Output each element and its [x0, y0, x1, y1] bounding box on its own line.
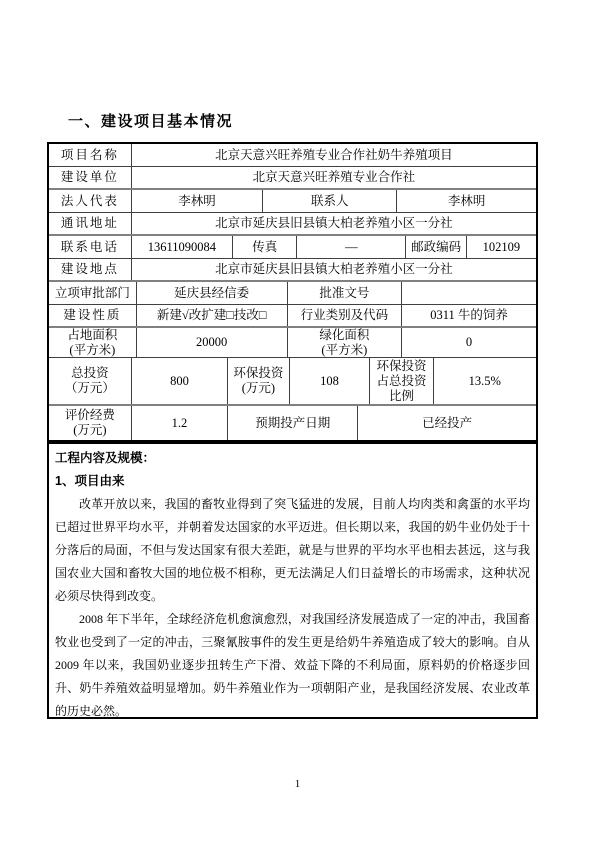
- field-value: 北京市延庆县旧县镇大柏老养殖小区一分社: [132, 213, 536, 234]
- field-label: 占地面积 (平方米): [49, 328, 137, 357]
- content-section-title: 工程内容及规模：: [55, 447, 530, 470]
- field-label: 传真: [233, 236, 297, 258]
- table-row-phone: 联系电话 13611090084 传真 — 邮政编码 102109: [49, 236, 536, 259]
- content-subsection-title: 1、项目由来: [55, 470, 530, 493]
- field-value: 北京天意兴旺养殖专业合作社: [132, 167, 536, 188]
- field-label: 联系电话: [49, 236, 132, 258]
- paragraph: 2008 年下半年，全球经济危机愈演愈烈，对我国经济发展造成了一定的冲击，我国畜…: [55, 608, 530, 719]
- field-value: 800: [132, 358, 228, 404]
- project-basic-info-table: 项目名称 北京天意兴旺养殖专业合作社奶牛养殖项目 建设单位 北京天意兴旺养殖专业…: [47, 142, 538, 442]
- field-value: 20000: [137, 328, 288, 357]
- document-page: { "page": { "title": "一、建设项目基本情况", "page…: [0, 0, 595, 842]
- table-row-approval-dept: 立项审批部门 延庆县经信委 批准文号: [49, 282, 536, 305]
- table-row-eval-fee: 评价经费 (万元) 1.2 预期投产日期 已经投产: [49, 406, 536, 440]
- field-value: 13.5%: [434, 358, 536, 404]
- field-value: 108: [290, 358, 371, 404]
- field-label: 项目名称: [49, 144, 132, 166]
- table-row-construction-unit: 建设单位 北京天意兴旺养殖专业合作社: [49, 167, 536, 190]
- field-label: 建设地点: [49, 259, 132, 280]
- table-row-project-name: 项目名称 北京天意兴旺养殖专业合作社奶牛养殖项目: [49, 144, 536, 167]
- field-label: 预期投产日期: [228, 406, 358, 440]
- field-label: 评价经费 (万元): [49, 406, 132, 440]
- field-value: 102109: [467, 236, 536, 258]
- field-label: 邮政编码: [406, 236, 466, 258]
- table-row-legal-rep: 法人代表 李林明 联系人 李林明: [49, 190, 536, 213]
- page-number: 1: [0, 778, 595, 790]
- field-label: 建设单位: [49, 167, 132, 188]
- field-value: 李林明: [132, 190, 263, 212]
- field-label: 总投资 （万元）: [49, 358, 132, 404]
- section-heading: 一、建设项目基本情况: [68, 110, 233, 131]
- field-value: 北京天意兴旺养殖专业合作社奶牛养殖项目: [132, 144, 536, 166]
- table-row-nature: 建设性质 新建√改扩建□技改□ 行业类别及代码 0311 牛的饲养: [49, 305, 536, 328]
- field-value: 新建√改扩建□技改□: [137, 305, 288, 326]
- table-row-address: 通讯地址 北京市延庆县旧县镇大柏老养殖小区一分社: [49, 213, 536, 236]
- field-label: 批准文号: [288, 282, 402, 304]
- field-label: 环保投资 (万元): [228, 358, 289, 404]
- field-label: 建设性质: [49, 305, 137, 326]
- field-value: 13611090084: [132, 236, 233, 258]
- field-label: 行业类别及代码: [288, 305, 402, 326]
- field-label: 绿化面积 (平方米): [288, 328, 402, 357]
- field-value: 0311 牛的饲养: [402, 305, 536, 326]
- field-value: 北京市延庆县旧县镇大柏老养殖小区一分社: [132, 259, 536, 280]
- table-row-location: 建设地点 北京市延庆县旧县镇大柏老养殖小区一分社: [49, 259, 536, 282]
- paragraph: 改革开放以来，我国的畜牧业得到了突飞猛进的发展，目前人均肉类和禽蛋的水平均已超过…: [55, 493, 530, 608]
- field-value: —: [297, 236, 406, 258]
- field-value: 1.2: [132, 406, 228, 440]
- table-row-land-area: 占地面积 (平方米) 20000 绿化面积 (平方米) 0: [49, 328, 536, 358]
- field-value: 李林明: [397, 190, 536, 212]
- table-row-investment: 总投资 （万元） 800 环保投资 (万元) 108 环保投资 占总投资 比例 …: [49, 358, 536, 406]
- field-value: 延庆县经信委: [137, 282, 288, 304]
- field-label: 联系人: [263, 190, 397, 212]
- field-value: 已经投产: [358, 406, 536, 440]
- field-label: 法人代表: [49, 190, 132, 212]
- project-content-section: 工程内容及规模： 1、项目由来 改革开放以来，我国的畜牧业得到了突飞猛进的发展，…: [47, 442, 538, 719]
- field-label: 立项审批部门: [49, 282, 137, 304]
- field-label: 通讯地址: [49, 213, 132, 234]
- field-label: 环保投资 占总投资 比例: [370, 358, 433, 404]
- field-value: [402, 282, 536, 304]
- field-value: 0: [402, 328, 536, 357]
